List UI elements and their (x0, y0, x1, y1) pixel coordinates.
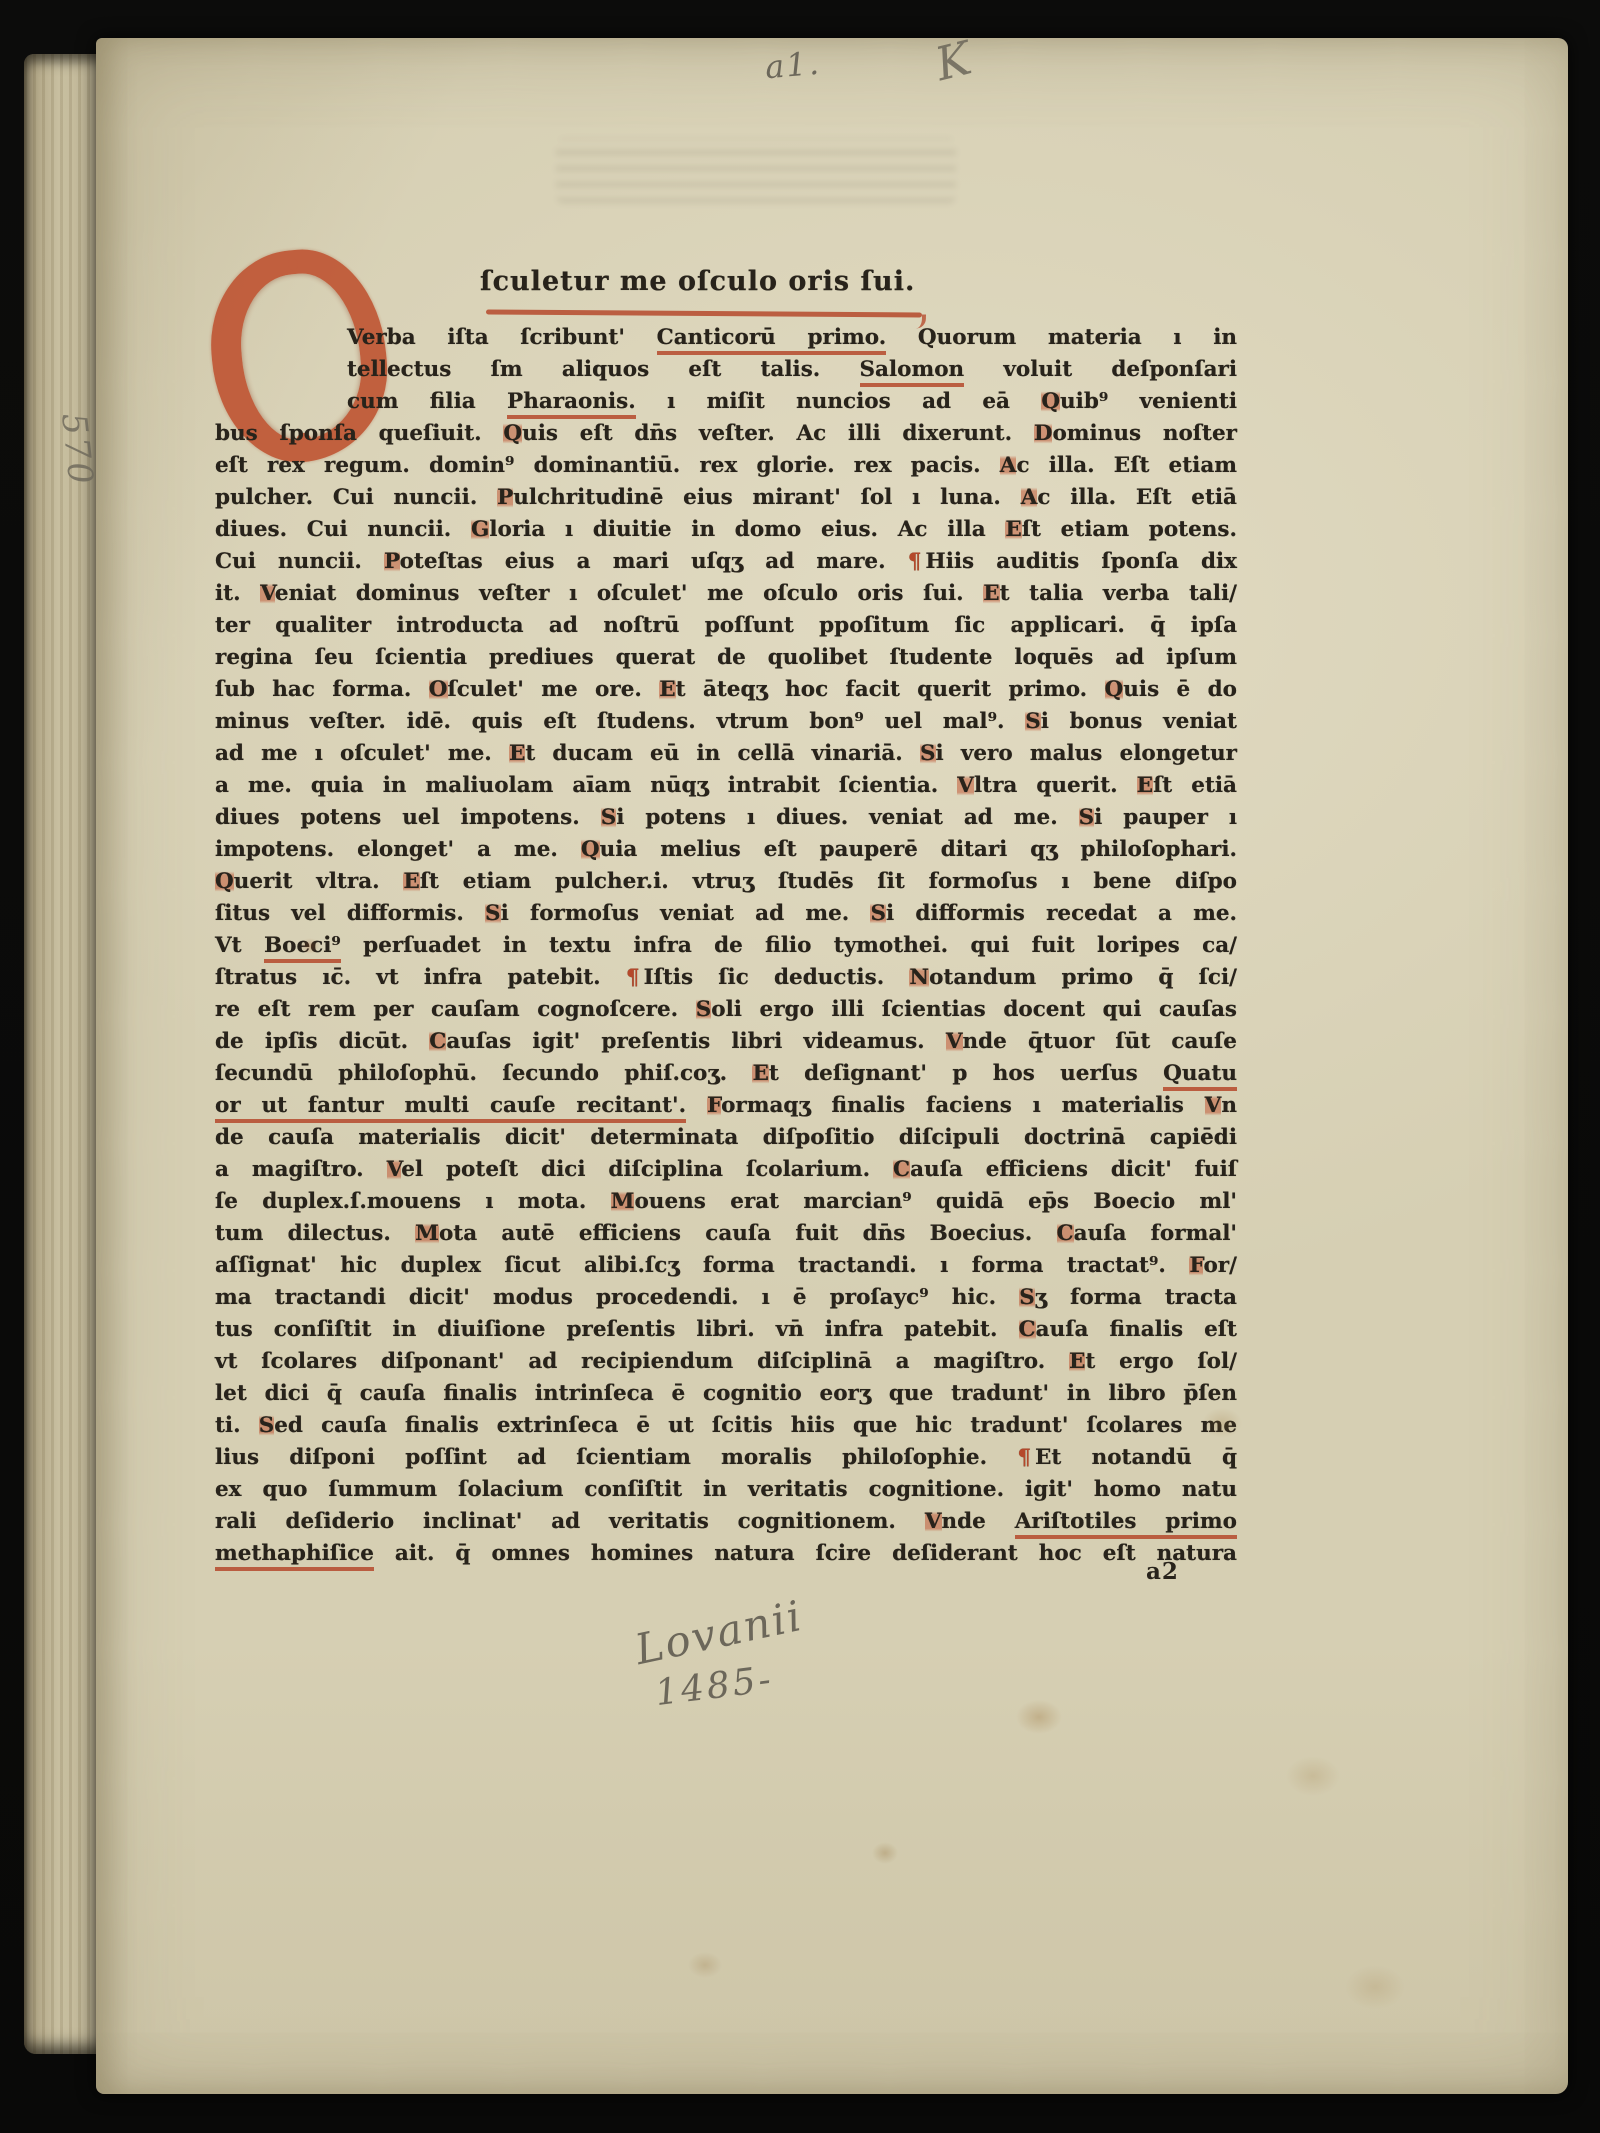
text-segment: S (696, 997, 712, 1022)
text-segment: F (707, 1093, 721, 1118)
text-segment: uia melius eſt pauperē ditari qʒ philoſo… (600, 837, 1237, 862)
text-segment: V (946, 1029, 963, 1054)
ink-offset-smudge (556, 138, 956, 204)
text-segment: V (957, 773, 974, 798)
text-segment: P (384, 549, 400, 574)
text-line: or ut fantur multi cauſe recitant'. Form… (215, 1090, 1237, 1122)
text-segment: ma tractandi dicit' modus procedendi. ı … (215, 1285, 1019, 1310)
text-segment: ulchritudinē eius mirant' ſol ı luna. (513, 485, 1020, 510)
text-segment: perſuadet in textu infra de filio tymoth… (341, 933, 1237, 958)
text-segment: ormaqʒ finalis faciens ı materialis (721, 1093, 1205, 1118)
text-segment: it. (215, 581, 260, 606)
text-line: ſe duplex.ſ.mouens ı mota. Mouens erat m… (215, 1186, 1237, 1218)
rubric-underlined-text: Salomon (860, 357, 965, 387)
text-segment: t deſignant' p hos uerſus (769, 1061, 1163, 1086)
text-segment: let dici q̄ cauſa finalis intrinſeca ē c… (215, 1381, 1237, 1406)
text-line: diues. Cui nuncii. Gloria ı diuitie in d… (215, 514, 1237, 546)
text-line: ſtratus ıc̄. vt infra patebit. ¶Iſtis ſi… (215, 962, 1237, 994)
text-segment: eſt rex regum. domin⁹ dominantiū. rex gl… (215, 453, 1000, 478)
text-line: vt ſcolares diſponant' ad recipiendum di… (215, 1346, 1237, 1378)
text-segment: tus conſiſtit in diuiſione preſentis lib… (215, 1317, 1019, 1342)
text-segment: de ipſis dicūt. (215, 1029, 429, 1054)
text-segment: Iſtis ſic deductis. (644, 965, 910, 990)
text-segment: uerit vltra. (234, 869, 404, 894)
incipit-heading: ſculetur me oſculo oris ſui. (480, 266, 920, 297)
text-segment: Vt (215, 933, 264, 958)
text-segment: C (429, 1029, 446, 1054)
text-segment: auſa efficiens dicit' fuiſ (910, 1157, 1237, 1182)
rubric-underlined-text: Quatu (1163, 1061, 1237, 1091)
text-line: Vt Boeci⁹ perſuadet in textu infra de fi… (215, 930, 1237, 962)
text-segment: de cauſa materialis dicit' determinata d… (215, 1125, 1237, 1150)
text-segment: S (485, 901, 501, 926)
text-segment: minus veſter. idē. quis eſt ſtudens. vtr… (215, 709, 1025, 734)
text-line: ma tractandi dicit' modus procedendi. ı … (215, 1282, 1237, 1314)
text-segment: uis ē do (1123, 677, 1237, 702)
text-segment: Q (503, 421, 522, 446)
text-segment: E (1005, 517, 1021, 542)
text-segment: tellectus ſm aliquos eſt talis. (347, 357, 860, 382)
text-line: ter qualiter introducta ad noſtrū poſſun… (215, 610, 1237, 642)
pilcrow-rubric: ¶ (626, 965, 644, 990)
text-segment: t ergo ſol/ (1085, 1349, 1237, 1374)
text-block: Verba iſta ſcribunt' Canticorū primo. Qu… (215, 322, 1237, 1570)
text-segment: S (870, 901, 886, 926)
text-segment: O (429, 677, 448, 702)
text-segment: ſt etiā (1153, 773, 1237, 798)
text-segment: S (1025, 709, 1041, 734)
text-segment: impotens. elonget' a me. (215, 837, 581, 862)
rubric-underlined-text: Ariſtotiles primo (1015, 1509, 1237, 1539)
text-segment: S (259, 1413, 275, 1438)
text-line: re eſt rem per cauſam cognoſcere. Soli e… (215, 994, 1237, 1026)
text-segment: diues. Cui nuncii. (215, 517, 471, 542)
text-segment: a me. quia in maliuolam aīam nūqʒ intrab… (215, 773, 957, 798)
text-segment: V (260, 581, 275, 606)
text-line: de ipſis dicūt. Cauſas igit' preſentis l… (215, 1026, 1237, 1058)
text-segment: i difformis recedat a me. (886, 901, 1237, 926)
text-line: ſitus vel difformis. Si formoſus veniat … (215, 898, 1237, 930)
text-segment: el poteſt dici diſciplina ſcolarium. (401, 1157, 893, 1182)
text-line: rali deſiderio inclinat' ad veritatis co… (215, 1506, 1237, 1538)
text-segment: vt ſcolares diſponant' ad recipiendum di… (215, 1349, 1069, 1374)
text-segment: diues potens uel impotens. (215, 805, 601, 830)
text-segment: D (1034, 421, 1053, 446)
text-line: pulcher. Cui nuncii. Pulchritudinē eius … (215, 482, 1237, 514)
text-segment: eniat dominus veſter ı oſculet' me oſcul… (275, 581, 983, 606)
text-line: impotens. elonget' a me. Quia melius eſt… (215, 834, 1237, 866)
text-line: Cui nuncii. Poteſtas eius a mari uſqʒ ad… (215, 546, 1237, 578)
text-segment: Quorum materia ı in (886, 325, 1237, 350)
text-segment: a magiſtro. (215, 1157, 387, 1182)
text-line: minus veſter. idē. quis eſt ſtudens. vtr… (215, 706, 1237, 738)
text-segment: P (497, 485, 513, 510)
text-line: regina ſeu ſcientia prediues querat de q… (215, 642, 1237, 674)
text-line: ſub hac forma. Oſculet' me ore. Et āteqʒ… (215, 674, 1237, 706)
text-segment: Q (581, 837, 600, 862)
handwritten-margin-number: 570 (53, 411, 101, 489)
rubric-underlined-text: methaphiſice (215, 1541, 374, 1571)
text-segment: ſitus vel difformis. (215, 901, 485, 926)
text-segment: A (1021, 485, 1038, 510)
text-segment: N (909, 965, 929, 990)
text-segment: auſa formal' (1074, 1221, 1237, 1246)
text-segment: t āteqʒ hoc facit querit primo. (676, 677, 1105, 702)
text-line: tum dilectus. Mota autē efficiens cauſa … (215, 1218, 1237, 1250)
text-segment: oli ergo illi ſcientias docent qui cauſa… (711, 997, 1237, 1022)
rubric-underlined-text: Canticorū primo. (657, 325, 887, 355)
text-segment: V (387, 1157, 402, 1182)
text-segment: E (509, 741, 525, 766)
text-line: lius diſponi poſſint ad ſcientiam morali… (215, 1442, 1237, 1474)
text-line: ad me ı oſculet' me. Et ducam eū in cell… (215, 738, 1237, 770)
text-segment: ouens erat marcian⁹ quidā ep̄s Boecio ml… (634, 1189, 1237, 1214)
text-line: Verba iſta ſcribunt' Canticorū primo. Qu… (347, 322, 1237, 354)
text-segment: C (1019, 1317, 1036, 1342)
text-line: tus conſiſtit in diuiſione preſentis lib… (215, 1314, 1237, 1346)
rubric-underlined-text: or ut fantur multi cauſe recitant'. (215, 1093, 686, 1123)
text-segment: S (920, 741, 936, 766)
quire-signature: a2 (1146, 1558, 1179, 1585)
text-segment: E (403, 869, 419, 894)
text-segment: ait. q̄ omnes homines natura ſcire deſid… (374, 1541, 1237, 1566)
text-segment: G (471, 517, 489, 542)
text-segment: V (1205, 1093, 1222, 1118)
text-segment: rali deſiderio inclinat' ad veritatis co… (215, 1509, 925, 1534)
text-segment: ex quo ſummum ſolacium conſiſtit in veri… (215, 1477, 1237, 1502)
text-segment: lius diſponi poſſint ad ſcientiam morali… (215, 1445, 1017, 1470)
text-line: it. Veniat dominus veſter ı oſculet' me … (215, 578, 1237, 610)
text-line: methaphiſice ait. q̄ omnes homines natur… (215, 1538, 1237, 1570)
text-segment: ad me ı oſculet' me. (215, 741, 509, 766)
text-segment: ſt etiam potens. (1022, 517, 1237, 542)
text-segment: E (983, 581, 999, 606)
handwritten-folio-annotation: a1. (763, 44, 822, 87)
text-line: ſecundū philoſophū. ſecundo phiſ.coʒ. Et… (215, 1058, 1237, 1090)
text-segment: pulcher. Cui nuncii. (215, 485, 497, 510)
text-segment: ſecundū philoſophū. ſecundo phiſ.coʒ. (215, 1061, 752, 1086)
text-segment: ſt etiam pulcher.i. vtruʒ ſtudēs ſit for… (420, 869, 1237, 894)
text-segment: ʒ forma tracta (1035, 1285, 1237, 1310)
text-segment: C (893, 1157, 910, 1182)
text-segment: aſſignat' hic duplex ſicut alibi.ſcʒ for… (215, 1253, 1189, 1278)
text-segment (686, 1093, 707, 1118)
text-segment: re eſt rem per cauſam cognoſcere. (215, 997, 696, 1022)
text-segment: E (659, 677, 675, 702)
text-segment: Cui nuncii. (215, 549, 384, 574)
text-segment: loria ı diuitie in domo eius. Ac illa (489, 517, 1005, 542)
text-segment: ſub hac forma. (215, 677, 429, 702)
text-segment: ſtratus ıc̄. vt infra patebit. (215, 965, 626, 990)
text-segment: E (1069, 1349, 1085, 1374)
text-segment: ſculet' me ore. (448, 677, 660, 702)
text-segment: or/ (1203, 1253, 1237, 1278)
text-segment: F (1189, 1253, 1203, 1278)
text-segment: t talia verba tali/ (1000, 581, 1237, 606)
text-line: bus ſponſa queſiuit. Quis eſt dn̄s veſte… (215, 418, 1237, 450)
text-segment: auſas igit' preſentis libri videamus. (446, 1029, 945, 1054)
text-segment: t ducam eū in cellā vinariā. (525, 741, 920, 766)
text-segment: bus ſponſa queſiuit. (215, 421, 503, 446)
text-segment: M (415, 1221, 439, 1246)
text-segment: E (1137, 773, 1153, 798)
rubric-underlined-text: Boeci⁹ (264, 933, 341, 963)
rubric-underlined-text: Pharaonis. (507, 389, 636, 419)
text-line: diues potens uel impotens. Si potens ı d… (215, 802, 1237, 834)
text-segment: ota autē efficiens cauſa fuit dn̄s Boeci… (439, 1221, 1057, 1246)
text-segment: S (1079, 805, 1095, 830)
text-segment: nde q̄tuor ſūt cauſe (963, 1029, 1237, 1054)
text-segment: uis eſt dn̄s veſter. Ac illi dixerunt. (522, 421, 1034, 446)
text-segment: Et notandū q̄ (1035, 1445, 1237, 1470)
pilcrow-rubric: ¶ (1017, 1445, 1035, 1470)
text-line: Querit vltra. Eſt etiam pulcher.i. vtruʒ… (215, 866, 1237, 898)
text-line: tellectus ſm aliquos eſt talis. Salomon … (347, 354, 1237, 386)
text-segment: ed cauſa finalis extrinſeca ē ut ſcitis … (274, 1413, 1237, 1438)
text-segment: regina ſeu ſcientia prediues querat de q… (215, 645, 1237, 670)
text-line: let dici q̄ cauſa finalis intrinſeca ē c… (215, 1378, 1237, 1410)
text-segment: Q (1041, 389, 1060, 414)
text-segment: S (1019, 1285, 1035, 1310)
text-segment: C (1057, 1221, 1074, 1246)
text-segment: i bonus veniat (1041, 709, 1237, 734)
text-segment: otandum primo q̄ ſci/ (929, 965, 1237, 990)
text-segment: E (752, 1061, 768, 1086)
text-segment: Q (1105, 677, 1124, 702)
text-line: aſſignat' hic duplex ſicut alibi.ſcʒ for… (215, 1250, 1237, 1282)
text-segment: i pauper ı (1094, 805, 1237, 830)
text-segment: cum filia (347, 389, 507, 414)
text-segment: Verba iſta ſcribunt' (347, 325, 657, 350)
scan-background: a1. K 570 O ſculetur me oſculo oris ſui.… (0, 0, 1600, 2133)
text-segment: A (1000, 453, 1017, 478)
text-segment: auſa finalis eſt (1036, 1317, 1237, 1342)
text-line: cum filia Pharaonis. ı miſit nuncios ad … (347, 386, 1237, 418)
text-segment: tum dilectus. (215, 1221, 415, 1246)
text-segment: i potens ı diues. veniat ad me. (616, 805, 1078, 830)
text-segment: i vero malus elongetur (936, 741, 1238, 766)
text-line: de cauſa materialis dicit' determinata d… (215, 1122, 1237, 1154)
text-segment: ltra querit. (974, 773, 1137, 798)
text-segment: uib⁹ venienti (1060, 389, 1237, 414)
text-segment: ter qualiter introducta ad noſtrū poſſun… (215, 613, 1237, 638)
text-segment: Q (215, 869, 234, 894)
text-segment: M (611, 1189, 635, 1214)
text-line: eſt rex regum. domin⁹ dominantiū. rex gl… (215, 450, 1237, 482)
text-line: a me. quia in maliuolam aīam nūqʒ intrab… (215, 770, 1237, 802)
text-segment: c illa. Eſt etiā (1037, 485, 1237, 510)
text-segment: ı miſit nuncios ad eā (636, 389, 1042, 414)
text-segment: ſe duplex.ſ.mouens ı mota. (215, 1189, 611, 1214)
text-segment: ti. (215, 1413, 259, 1438)
text-line: ex quo ſummum ſolacium conſiſtit in veri… (215, 1474, 1237, 1506)
pilcrow-rubric: ¶ (908, 549, 926, 574)
text-segment: c illa. Eſt etiam (1016, 453, 1237, 478)
text-segment: Hiis auditis ſponſa dix (925, 549, 1237, 574)
text-segment: nde (942, 1509, 1015, 1534)
text-segment: voluit deſponſari (964, 357, 1237, 382)
text-segment: ominus noſter (1052, 421, 1237, 446)
text-line: a magiſtro. Vel poteſt dici diſciplina ſ… (215, 1154, 1237, 1186)
text-segment: oteſtas eius a mari uſqʒ ad mare. (400, 549, 908, 574)
text-segment: V (925, 1509, 942, 1534)
text-segment: n (1221, 1093, 1237, 1118)
text-segment: i formoſus veniat ad me. (501, 901, 871, 926)
text-segment: S (601, 805, 617, 830)
text-line: ti. Sed cauſa finalis extrinſeca ē ut ſc… (215, 1410, 1237, 1442)
